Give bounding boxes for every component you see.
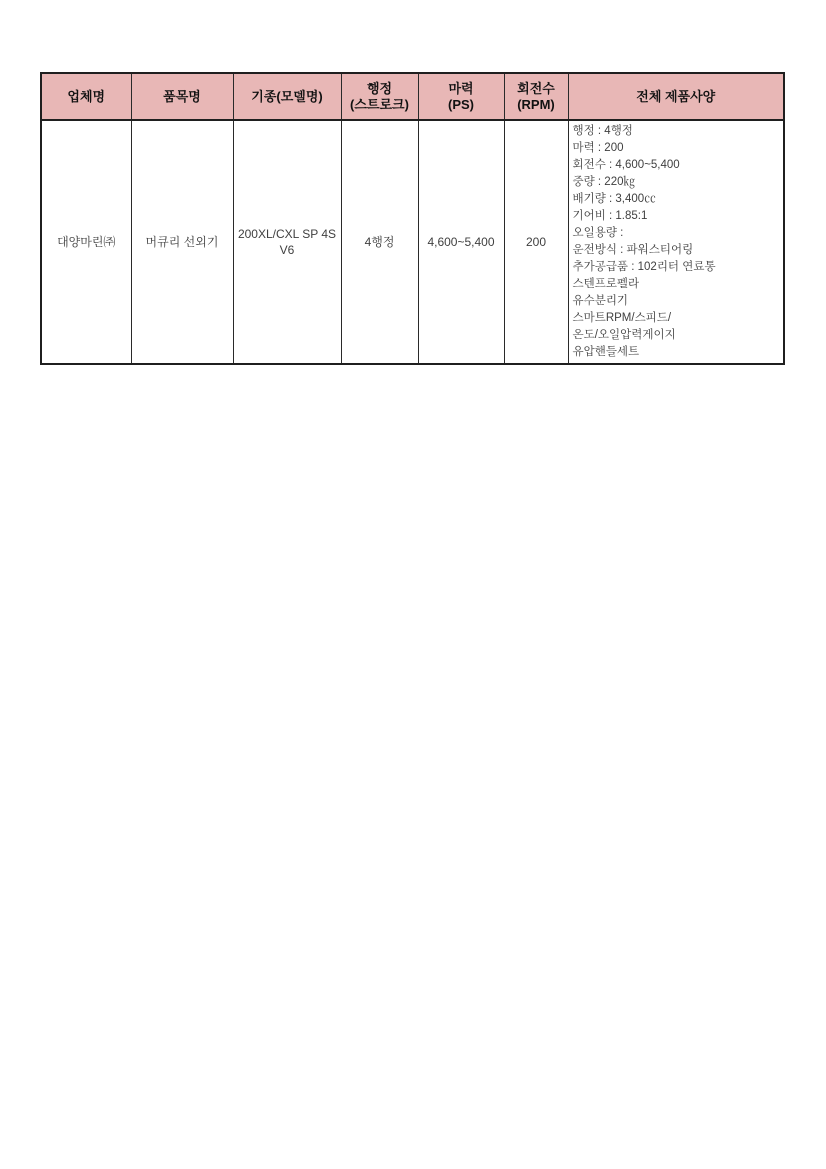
cell-item: 머큐리 선외기 <box>131 120 233 364</box>
header-full-specs: 전체 제품사양 <box>568 73 784 120</box>
header-horsepower-sublabel: (PS) <box>419 97 504 113</box>
header-model-label: 기종(모델명) <box>234 89 341 105</box>
cell-rpm: 200 <box>504 120 568 364</box>
header-model: 기종(모델명) <box>233 73 341 120</box>
header-rpm: 회전수 (RPM) <box>504 73 568 120</box>
header-stroke-sublabel: (스트로크) <box>342 97 418 113</box>
header-item-label: 품목명 <box>132 89 233 105</box>
header-company: 업체명 <box>41 73 131 120</box>
table-header-row: 업체명 품목명 기종(모델명) 행정 (스트로크) 마력 (PS) <box>41 73 784 120</box>
header-company-label: 업체명 <box>42 89 131 105</box>
header-rpm-sublabel: (RPM) <box>505 97 568 113</box>
header-horsepower-label: 마력 <box>419 81 504 97</box>
cell-company: 대양마린㈜ <box>41 120 131 364</box>
header-stroke-label: 행정 <box>342 81 418 97</box>
cell-model: 200XL/CXL SP 4S V6 <box>233 120 341 364</box>
product-spec-table: 업체명 품목명 기종(모델명) 행정 (스트로크) 마력 (PS) <box>40 72 785 365</box>
header-rpm-label: 회전수 <box>505 81 568 97</box>
document-page: 업체명 품목명 기종(모델명) 행정 (스트로크) 마력 (PS) <box>0 0 826 1169</box>
header-full-specs-label: 전체 제품사양 <box>569 89 784 105</box>
cell-stroke: 4행정 <box>341 120 418 364</box>
header-horsepower: 마력 (PS) <box>418 73 504 120</box>
header-stroke: 행정 (스트로크) <box>341 73 418 120</box>
cell-horsepower: 4,600~5,400 <box>418 120 504 364</box>
header-item: 품목명 <box>131 73 233 120</box>
cell-full-specs: 행정 : 4행정 마력 : 200 회전수 : 4,600~5,400 중량 :… <box>568 120 784 364</box>
table-row: 대양마린㈜ 머큐리 선외기 200XL/CXL SP 4S V6 4행정 4,6… <box>41 120 784 364</box>
